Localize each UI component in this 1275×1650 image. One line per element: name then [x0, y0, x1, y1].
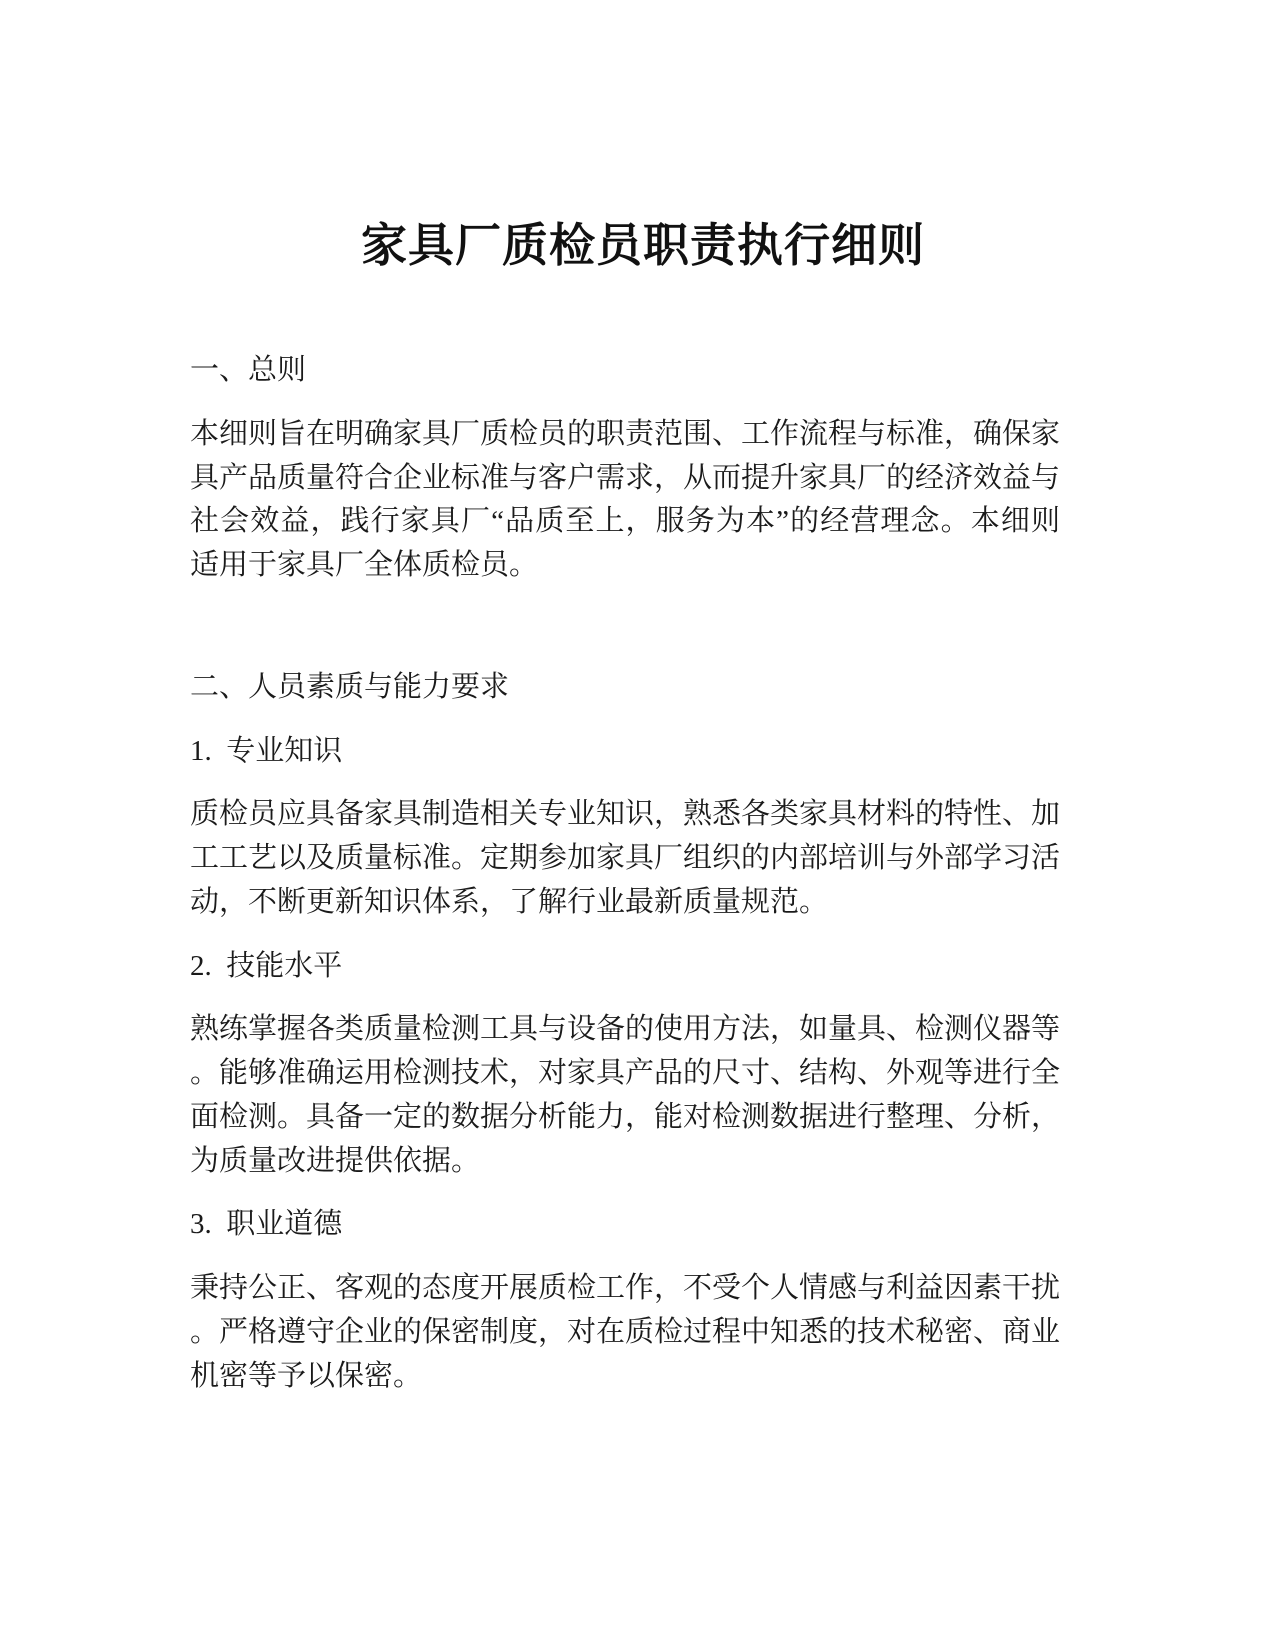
paragraph-professional-knowledge: 质检员应具备家具制造相关专业知识，熟悉各类家具材料的特性、加 工工艺以及质量标准… — [190, 793, 1060, 924]
text-line: 。能够准确运用检测技术，对家具产品的尺寸、结构、外观等进行全 — [190, 1052, 1060, 1096]
text-line: 熟练掌握各类质量检测工具与设备的使用方法，如量具、检测仪器等 — [190, 1008, 1060, 1052]
text-line: 。严格遵守企业的保密制度，对在质检过程中知悉的技术秘密、商业 — [190, 1311, 1060, 1355]
text-line: 为质量改进提供依据。 — [190, 1140, 1060, 1184]
text-line: 适用于家具厂全体质检员。 — [190, 544, 1060, 588]
paragraph-general: 本细则旨在明确家具厂质检员的职责范围、工作流程与标准，确保家 具产品质量符合企业… — [190, 413, 1060, 588]
document-content: 家具厂质检员职责执行细则 一、总则 本细则旨在明确家具厂质检员的职责范围、工作流… — [190, 0, 1060, 1398]
text-line: 工工艺以及质量标准。定期参加家具厂组织的内部培训与外部学习活 — [190, 837, 1060, 881]
document-title: 家具厂质检员职责执行细则 — [208, 216, 1078, 276]
text-line: 机密等予以保密。 — [190, 1355, 1060, 1399]
subheading-professional-ethics: 3. 职业道德 — [190, 1203, 1060, 1247]
subheading-skill-level: 2. 技能水平 — [190, 945, 1060, 989]
section-heading-requirements: 二、人员素质与能力要求 — [190, 666, 1060, 710]
text-line: 秉持公正、客观的态度开展质检工作，不受个人情感与利益因素干扰 — [190, 1267, 1060, 1311]
text-line: 动，不断更新知识体系，了解行业最新质量规范。 — [190, 881, 1060, 925]
subheading-professional-knowledge: 1. 专业知识 — [190, 730, 1060, 774]
section-heading-general: 一、总则 — [190, 349, 1060, 393]
paragraph-skill-level: 熟练掌握各类质量检测工具与设备的使用方法，如量具、检测仪器等 。能够准确运用检测… — [190, 1008, 1060, 1183]
text-line: 具产品质量符合企业标准与客户需求，从而提升家具厂的经济效益与 — [190, 457, 1060, 501]
paragraph-professional-ethics: 秉持公正、客观的态度开展质检工作，不受个人情感与利益因素干扰 。严格遵守企业的保… — [190, 1267, 1060, 1398]
text-line: 质检员应具备家具制造相关专业知识，熟悉各类家具材料的特性、加 — [190, 793, 1060, 837]
text-line: 本细则旨在明确家具厂质检员的职责范围、工作流程与标准，确保家 — [190, 413, 1060, 457]
text-line: 面检测。具备一定的数据分析能力，能对检测数据进行整理、分析， — [190, 1096, 1060, 1140]
document-page: 家具厂质检员职责执行细则 一、总则 本细则旨在明确家具厂质检员的职责范围、工作流… — [0, 0, 1275, 1650]
text-line: 社会效益，践行家具厂“品质至上，服务为本”的经营理念。本细则 — [190, 500, 1060, 544]
